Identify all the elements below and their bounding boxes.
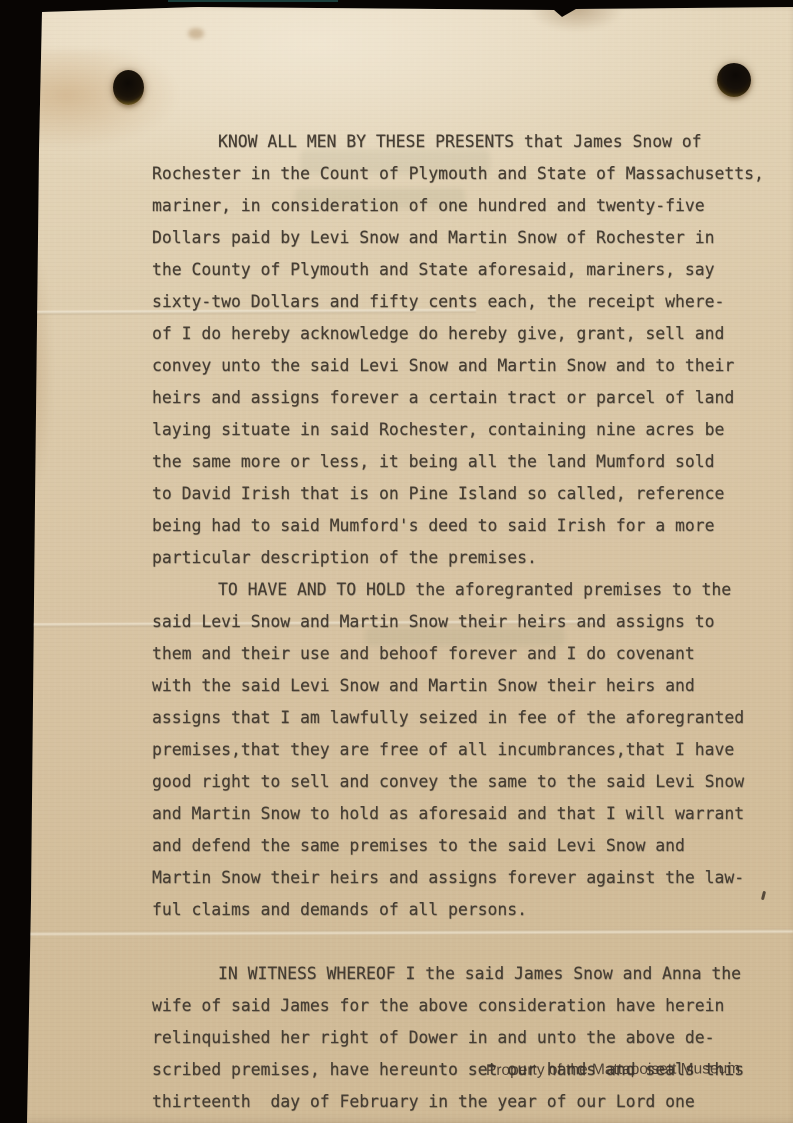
text-line: to David Irish that is on Pine Island so… [152, 478, 792, 510]
museum-watermark: Property of the Mattapoisett Museum [486, 1060, 766, 1080]
text-line: particular description of the premises. [152, 542, 792, 574]
brass-fastener-left [113, 70, 144, 105]
text-line: heirs and assigns forever a certain trac… [152, 382, 792, 414]
text-line: assigns that I am lawfully seized in fee… [152, 702, 792, 734]
scan-artifact-line [168, 0, 338, 2]
text-line: said Levi Snow and Martin Snow their hei… [152, 606, 792, 638]
paper-stain [528, 6, 624, 32]
text-line: good right to sell and convey the same t… [152, 766, 792, 798]
scanned-document-photo: KNOW ALL MEN BY THESE PRESENTS that Jame… [0, 0, 793, 1123]
text-line: Martin Snow their heirs and assigns fore… [152, 862, 792, 894]
text-line: them and their use and behoof forever an… [152, 638, 792, 670]
paper-stain [188, 28, 204, 39]
text-line: premises,that they are free of all incum… [152, 734, 792, 766]
text-line: with the said Levi Snow and Martin Snow … [152, 670, 792, 702]
paper-stain [28, 250, 52, 490]
text-line: and Martin Snow to hold as aforesaid and… [152, 798, 792, 830]
text-line: TO HAVE AND TO HOLD the aforegranted pre… [152, 574, 792, 606]
text-line: laying situate in said Rochester, contai… [152, 414, 792, 446]
text-line: Rochester in the Count of Plymouth and S… [152, 158, 792, 190]
text-line: mariner, in consideration of one hundred… [152, 190, 792, 222]
text-line: the County of Plymouth and State aforesa… [152, 254, 792, 286]
text-line: of I do hereby acknowledge do hereby giv… [152, 318, 792, 350]
text-line: convey unto the said Levi Snow and Marti… [152, 350, 792, 382]
text-line: Dollars paid by Levi Snow and Martin Sno… [152, 222, 792, 254]
text-line: the same more or less, it being all the … [152, 446, 792, 478]
text-line: being had to said Mumford's deed to said… [152, 510, 792, 542]
paper-page: KNOW ALL MEN BY THESE PRESENTS that Jame… [0, 0, 793, 1123]
text-line: and defend the same premises to the said… [152, 830, 792, 862]
document-text: KNOW ALL MEN BY THESE PRESENTS that Jame… [152, 126, 792, 1118]
text-line: IN WITNESS WHEREOF I the said James Snow… [152, 958, 792, 990]
brass-fastener-right [717, 63, 751, 97]
text-line: relinquished her right of Dower in and u… [152, 1022, 792, 1054]
text-line: thirteenth day of February in the year o… [152, 1086, 792, 1118]
text-line: wife of said James for the above conside… [152, 990, 792, 1022]
text-line: KNOW ALL MEN BY THESE PRESENTS that Jame… [152, 126, 792, 158]
text-line: sixty-two Dollars and fifty cents each, … [152, 286, 792, 318]
text-line: ful claims and demands of all persons. [152, 894, 792, 926]
